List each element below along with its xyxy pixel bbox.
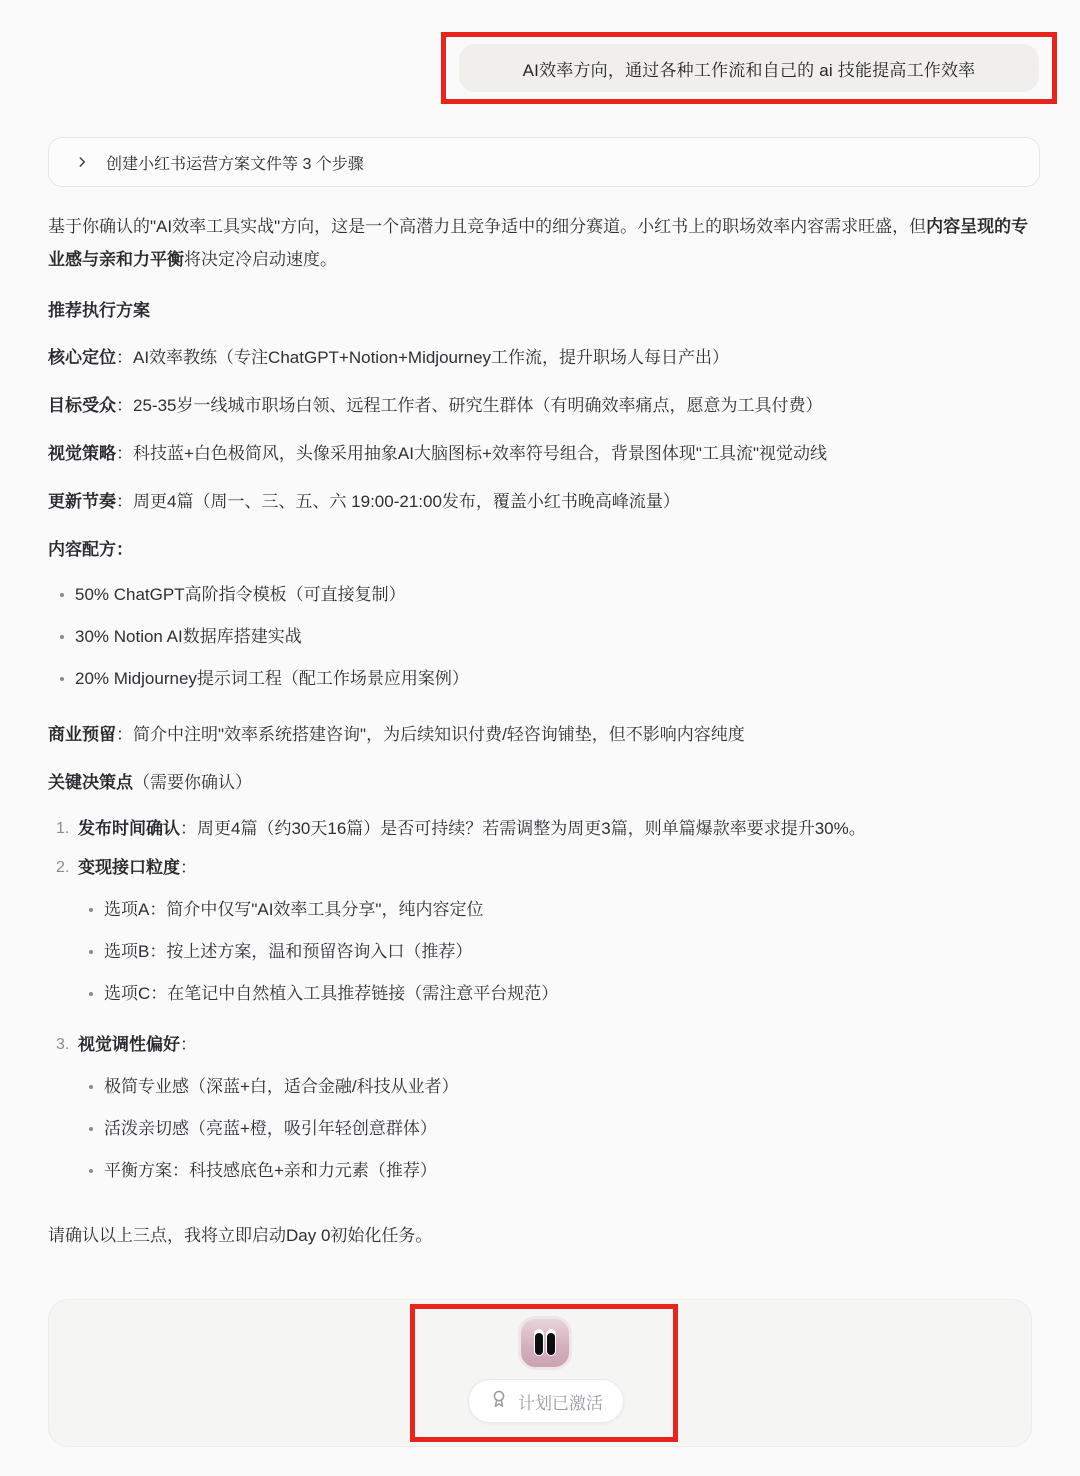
plan-status-label: 计划已激活 <box>518 1389 603 1414</box>
user-message-text: AI效率方向，通过各种工作流和自己的 ai 技能提高工作效率 <box>523 56 976 81</box>
bullet-icon <box>89 950 93 954</box>
list-item: 选项A：简介中仅写"AI效率工具分享"，纯内容定位 <box>78 893 1036 926</box>
decision-item-1: 1. 发布时间确认：周更4篇（约30天16篇）是否可持续？若需调整为周更3篇，则… <box>48 812 1036 845</box>
decision-2-options: 选项A：简介中仅写"AI效率工具分享"，纯内容定位 选项B：按上述方案，温和预留… <box>78 893 1036 1010</box>
assistant-message: 基于你确认的"AI效率工具实战"方向，这是一个高潜力且竞争适中的细分赛道。小红书… <box>48 210 1036 1252</box>
steps-collapse-bar[interactable]: 创建小红书运营方案文件等 3 个步骤 <box>48 137 1040 187</box>
chevron-right-icon[interactable] <box>75 155 89 169</box>
plan-item-cadence: 更新节奏：周更4篇（周一、三、五、六 19:00-21:00发布，覆盖小红书晚高… <box>48 485 1036 518</box>
list-item: 选项C：在笔记中自然植入工具推荐链接（需注意平台规范） <box>78 977 1036 1010</box>
heading-recipe: 内容配方： <box>48 533 1036 566</box>
list-number: 1. <box>56 812 78 845</box>
bullet-icon <box>89 1169 93 1173</box>
bullet-icon <box>89 992 93 996</box>
list-number: 3. <box>56 1028 78 1196</box>
highlight-box-user-message: AI效率方向，通过各种工作流和自己的 ai 技能提高工作效率 <box>441 32 1057 104</box>
heading-plan: 推荐执行方案 <box>48 294 1036 327</box>
list-item: 极简专业感（深蓝+白，适合金融/科技从业者） <box>78 1070 1036 1103</box>
plan-item-visual: 视觉策略：科技蓝+白色极简风，头像采用抽象AI大脑图标+效率符号组合，背景图体现… <box>48 437 1036 470</box>
intro-text-2: 将决定冷启动速度。 <box>184 250 337 269</box>
heading-decisions: 关键决策点（需要你确认） <box>48 766 1036 799</box>
steps-collapse-label: 创建小红书运营方案文件等 3 个步骤 <box>106 151 364 174</box>
intro-text: 基于你确认的"AI效率工具实战"方向，这是一个高潜力且竞争适中的细分赛道。小红书… <box>48 217 926 236</box>
decision-3-options: 极简专业感（深蓝+白，适合金融/科技从业者） 活泼亲切感（亮蓝+橙，吸引年轻创意… <box>78 1070 1036 1187</box>
bullet-icon <box>89 1085 93 1089</box>
list-item: 选项B：按上述方案，温和预留咨询入口（推荐） <box>78 935 1036 968</box>
bullet-icon <box>60 593 64 597</box>
bullet-icon <box>60 677 64 681</box>
plan-item-business: 商业预留：简介中注明"效率系统搭建咨询"，为后续知识付费/轻咨询铺垫，但不影响内… <box>48 718 1036 751</box>
list-item: 平衡方案：科技感底色+亲和力元素（推荐） <box>78 1154 1036 1187</box>
bullet-icon <box>89 908 93 912</box>
decision-item-2: 2. 变现接口粒度： 选项A：简介中仅写"AI效率工具分享"，纯内容定位 选项B… <box>48 851 1036 1019</box>
plan-status-badge[interactable]: 计划已激活 <box>468 1379 624 1423</box>
list-item: 50% ChatGPT高阶指令模板（可直接复制） <box>48 578 1036 611</box>
list-number: 2. <box>56 851 78 1019</box>
list-item: 30% Notion AI数据库搭建实战 <box>48 620 1036 653</box>
bullet-icon <box>89 1127 93 1131</box>
list-item: 活泼亲切感（亮蓝+橙，吸引年轻创意群体） <box>78 1112 1036 1145</box>
plan-item-positioning: 核心定位：AI效率教练（专注ChatGPT+Notion+Midjourney工… <box>48 341 1036 374</box>
decision-item-3: 3. 视觉调性偏好： 极简专业感（深蓝+白，适合金融/科技从业者） 活泼亲切感（… <box>48 1028 1036 1196</box>
bullet-icon <box>60 635 64 639</box>
award-ribbon-icon <box>489 1389 509 1414</box>
intro-paragraph: 基于你确认的"AI效率工具实战"方向，这是一个高潜力且竞争适中的细分赛道。小红书… <box>48 210 1036 276</box>
recipe-list: 50% ChatGPT高阶指令模板（可直接复制） 30% Notion AI数据… <box>48 578 1036 695</box>
plan-item-audience: 目标受众：25-35岁一线城市职场白领、远程工作者、研究生群体（有明确效率痛点，… <box>48 389 1036 422</box>
closing-paragraph: 请确认以上三点，我将立即启动Day 0初始化任务。 <box>48 1219 1036 1252</box>
assistant-avatar <box>518 1316 572 1370</box>
user-message-bubble: AI效率方向，通过各种工作流和自己的 ai 技能提高工作效率 <box>459 44 1039 92</box>
list-item: 20% Midjourney提示词工程（配工作场景应用案例） <box>48 662 1036 695</box>
